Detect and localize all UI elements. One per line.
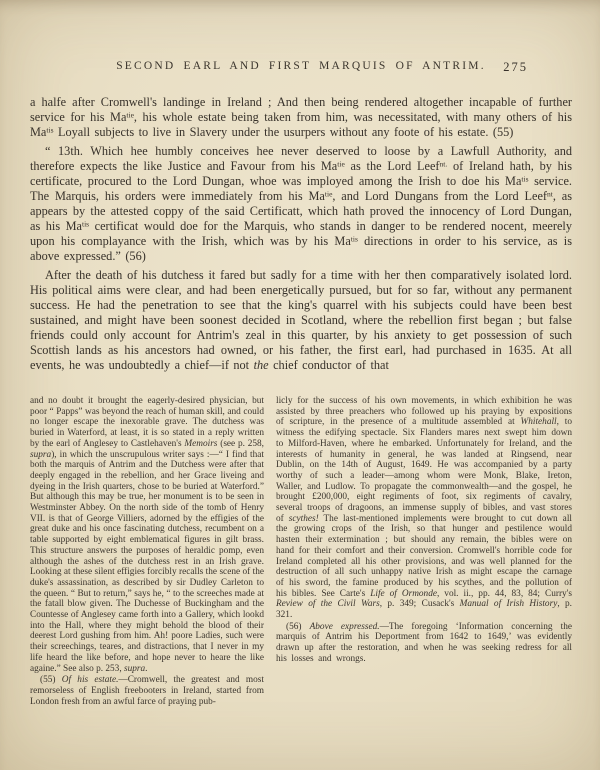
footnotes-section: and no doubt it brought the eagerly-desi…	[30, 396, 572, 707]
book-page: SECOND EARL AND FIRST MARQUIS OF ANTRIM.…	[0, 0, 600, 770]
footnote-continuation-left: and no doubt it brought the eagerly-desi…	[30, 396, 264, 674]
page-number: 275	[503, 60, 528, 75]
footnote-column-left: and no doubt it brought the eagerly-desi…	[30, 396, 264, 707]
footnote-56: (56) Above expressed.—The foregoing ‘Inf…	[276, 622, 572, 665]
footnote-column-right: licly for the success of his own movemen…	[276, 396, 572, 707]
footnote-55-continuation-right: licly for the success of his own movemen…	[276, 396, 572, 621]
page-header-title: SECOND EARL AND FIRST MARQUIS OF ANTRIM.	[30, 60, 572, 72]
footnote-55: (55) Of his estate.—Cromwell, the greate…	[30, 675, 264, 707]
main-text-block: a halfe after Cromwell's landinge in Ire…	[30, 95, 572, 373]
body-paragraph-2-quote: “ 13th. Which hee humbly conceives hee n…	[30, 144, 572, 264]
body-paragraph-3: After the death of his dutchess it fared…	[30, 268, 572, 373]
running-header: SECOND EARL AND FIRST MARQUIS OF ANTRIM.…	[30, 60, 572, 75]
body-paragraph-1: a halfe after Cromwell's landinge in Ire…	[30, 95, 572, 140]
